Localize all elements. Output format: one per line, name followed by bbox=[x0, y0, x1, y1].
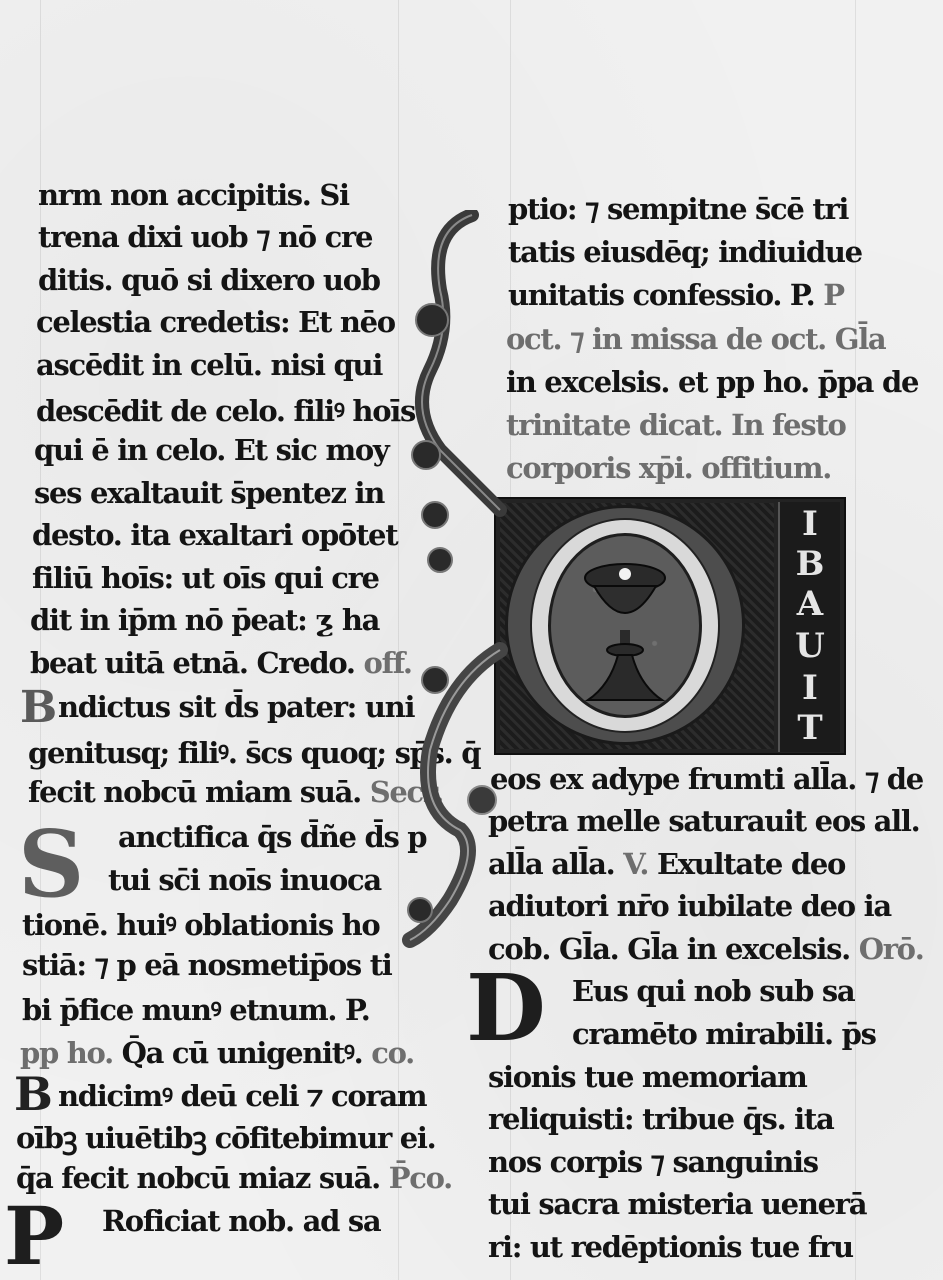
text-line: cob. Gl̄a. Gl̄a in excelsis. Orō. bbox=[488, 932, 924, 966]
text: Q̄a cū unigenitꝰ. bbox=[122, 1036, 363, 1070]
text-line: ditis. quō si dixero uob bbox=[38, 263, 380, 297]
text-line: in excelsis. et pp ho. p̄pa de bbox=[506, 365, 918, 399]
text-line: tui sc̄i noīs inuoca bbox=[108, 863, 381, 897]
rubric: P bbox=[823, 278, 844, 312]
rubric-line: corporis xp̄i. offitium. bbox=[506, 451, 831, 485]
rubric-line: trinitate dicat. In festo bbox=[506, 408, 846, 442]
rubric: pp ho. bbox=[20, 1036, 113, 1070]
incipit-letter: I bbox=[780, 668, 840, 708]
text-line: ndicimꝰ deū celi ⁊ coram bbox=[58, 1076, 426, 1115]
incipit-letter: U bbox=[780, 626, 840, 666]
text-line: nrm non accipitis. Si bbox=[38, 178, 349, 212]
incipit-letter: B bbox=[780, 544, 840, 584]
text-line: sionis tue memoriam bbox=[488, 1060, 806, 1094]
chalice-icon bbox=[580, 560, 670, 710]
text: unitatis confessio. P. bbox=[508, 278, 814, 312]
text-line: bi p̄fice munꝰ etnum. P. bbox=[22, 990, 370, 1029]
text-line: oībꝫ uiuētibꝫ cōfitebimur ei. bbox=[16, 1118, 435, 1157]
text-line: ascēdit in celū. nisi qui bbox=[36, 348, 382, 382]
text: all̄a all̄a. bbox=[488, 847, 614, 881]
text-line: stiā: ⁊ p eā nosmetip̄os ti bbox=[22, 948, 392, 982]
incipit-letter: A bbox=[780, 584, 840, 624]
text-line: anctifica q̄s d̄ñe d̄s p bbox=[118, 820, 426, 854]
text-line: ses exaltauit s̄pentez in bbox=[34, 476, 384, 510]
text-line: qui ē in celo. Et sic moy bbox=[34, 433, 388, 467]
ruling-line bbox=[855, 0, 856, 1280]
rubric: Orō. bbox=[859, 932, 924, 966]
text-line: descēdit de celo. filiꝰ hoīs bbox=[36, 391, 415, 430]
text-line: dit in ip̄m nō p̄eat: ƺ ha bbox=[30, 603, 379, 637]
text-line: beat uitā etnā. Credo. off. bbox=[30, 646, 412, 680]
text-line: nos corpis ⁊ sanguinis bbox=[488, 1145, 818, 1179]
initial-letter: D bbox=[466, 962, 546, 1054]
text: fecit nobcū miam suā. bbox=[28, 775, 361, 809]
rubric: P̄co. bbox=[389, 1161, 452, 1195]
text-line: ptio: ⁊ sempitne s̄cē tri bbox=[508, 192, 848, 226]
initial-letter: S bbox=[18, 818, 84, 910]
text-line: fecit nobcū miam suā. Secr. bbox=[28, 775, 443, 809]
text-line: tatis eiusdēq; indiuidue bbox=[508, 235, 862, 269]
text-line: Eus qui nob sub sa bbox=[572, 974, 854, 1008]
text-line: desto. ita exaltari opōtet bbox=[32, 518, 397, 552]
manuscript-page: nrm non accipitis. Si trena dixi uob ⁊ n… bbox=[0, 0, 943, 1280]
text-line: reliquisti: tribue q̄s. ita bbox=[488, 1102, 833, 1136]
rubric: V. bbox=[623, 847, 648, 881]
text-line: ndictus sit d̄s pater: uni bbox=[58, 690, 414, 724]
text-line: q̄a fecit nobcū miaz suā. P̄co. bbox=[16, 1161, 452, 1195]
text: q̄a fecit nobcū miaz suā. bbox=[16, 1161, 380, 1195]
text-line: cramēto mirabili. p̄s bbox=[572, 1017, 876, 1051]
text-line: adiutori nr̄o iubilate deo ia bbox=[488, 889, 891, 923]
incipit-letter: T bbox=[780, 708, 840, 748]
initial-letter: P bbox=[4, 1196, 64, 1276]
acanthus-vine-icon bbox=[390, 210, 510, 950]
text: beat uitā etnā. Credo. bbox=[30, 646, 355, 680]
text-line: trena dixi uob ⁊ nō cre bbox=[38, 220, 372, 254]
text-line: unitatis confessio. P. P bbox=[508, 278, 844, 312]
text-line: all̄a all̄a. V. Exultate deo bbox=[488, 847, 845, 881]
text-line: eos ex adype frumti all̄a. ⁊ de bbox=[490, 762, 923, 796]
text-line: pp ho. Q̄a cū unigenitꝰ. co. bbox=[20, 1033, 414, 1072]
text-line: celestia credetis: Et nēo bbox=[36, 305, 395, 339]
incipit-letter-band: I B A U I T bbox=[778, 502, 840, 752]
rubric-line: oct. ⁊ in missa de oct. Gl̄a bbox=[506, 322, 885, 356]
text-line: filiū hoīs: ut oīs qui cre bbox=[32, 561, 379, 595]
initial-letter: B bbox=[14, 1071, 53, 1117]
text-line: Roficiat nob. ad sa bbox=[102, 1204, 380, 1238]
incipit-letter: I bbox=[780, 504, 840, 544]
initial-letter: B bbox=[20, 686, 57, 730]
text-line: tionē. huiꝰ oblationis ho bbox=[22, 905, 379, 944]
text: Exultate deo bbox=[657, 847, 845, 881]
text-line: ri: ut redēptionis tue fru bbox=[488, 1230, 853, 1264]
text-line: petra melle saturauit eos all. bbox=[488, 804, 919, 838]
text-line: tui sacra misteria uenerā bbox=[488, 1187, 866, 1221]
rubric: co. bbox=[371, 1036, 414, 1070]
